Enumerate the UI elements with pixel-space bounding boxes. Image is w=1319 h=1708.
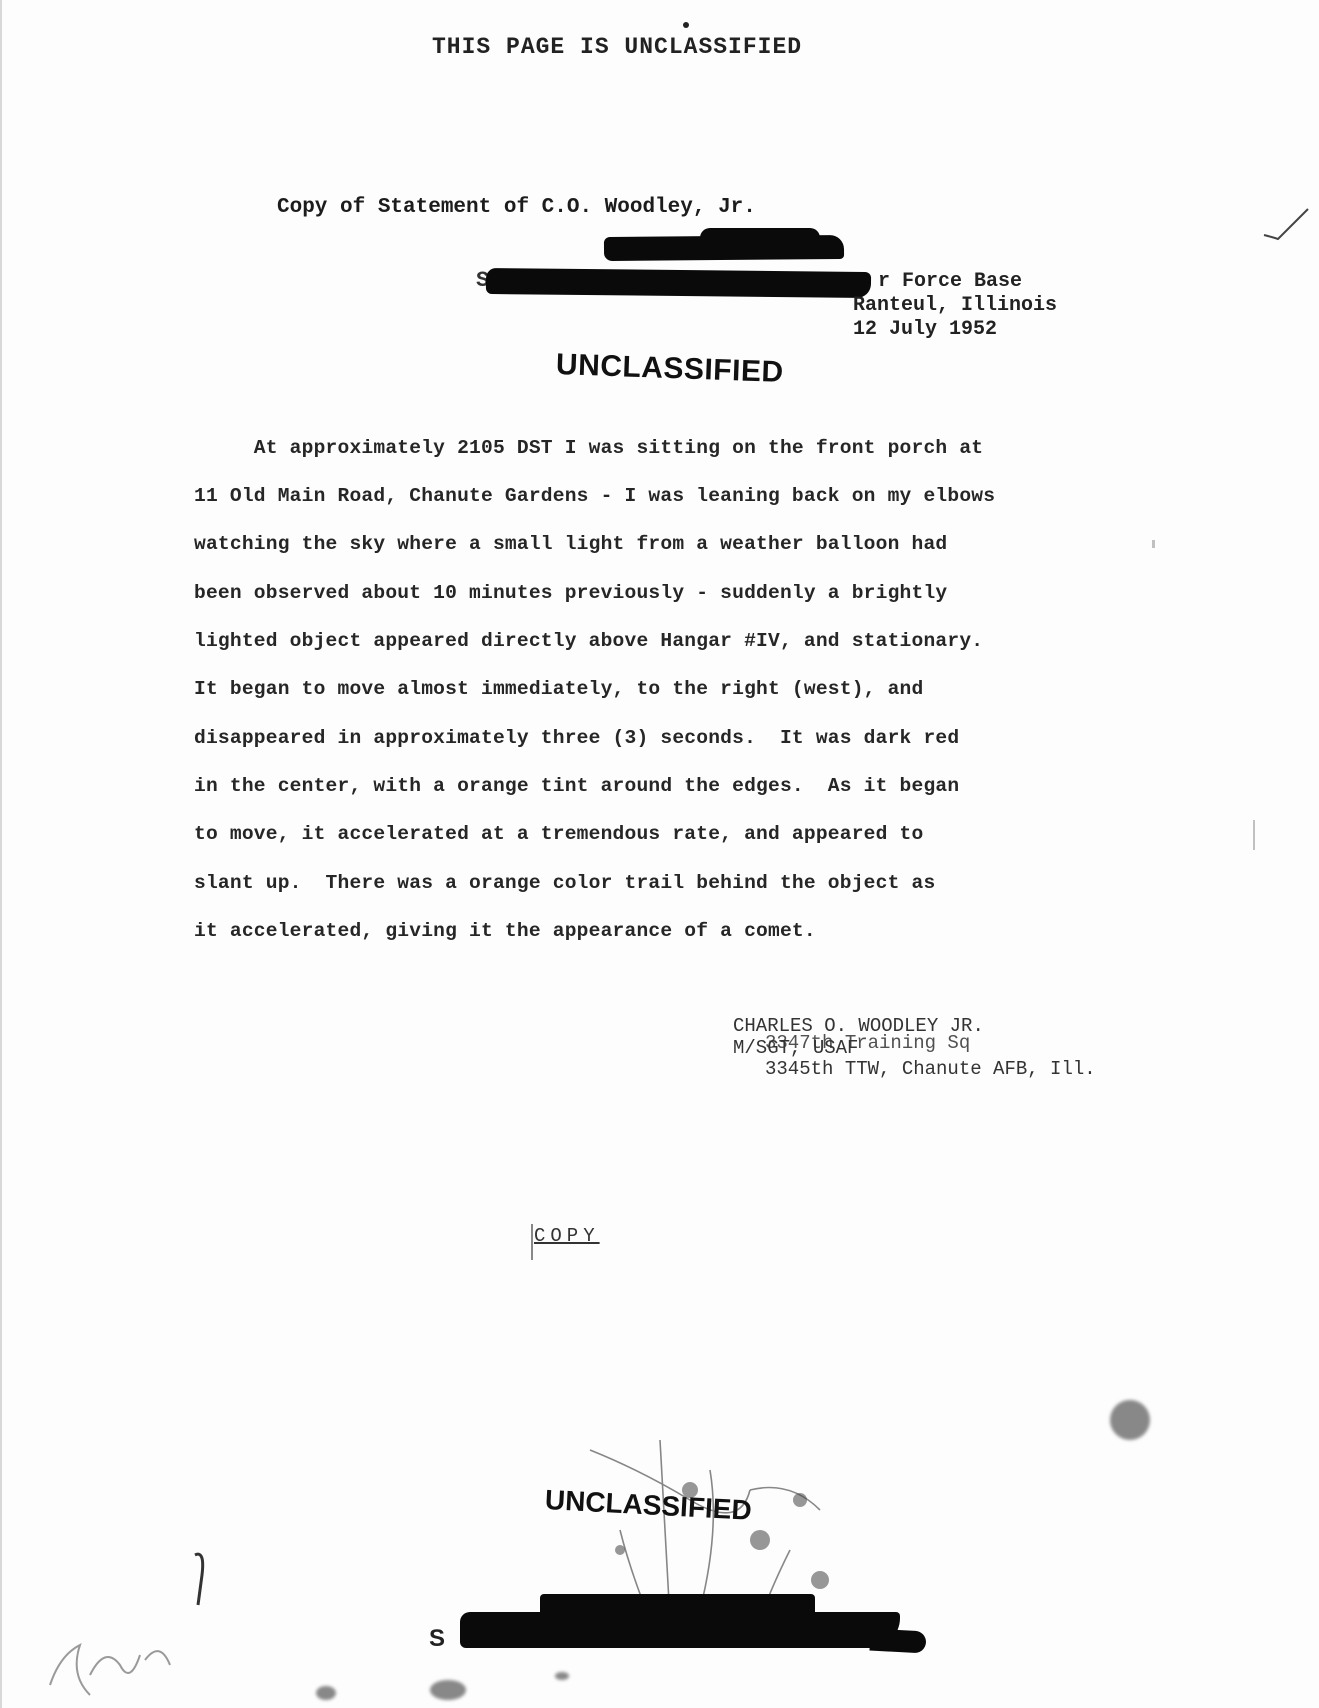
body-line: 11 Old Main Road, Chanute Gardens - I wa… bbox=[194, 485, 995, 507]
copy-label: COPY bbox=[534, 1225, 600, 1247]
body-line: lighted object appeared directly above H… bbox=[194, 630, 983, 652]
address-line-2: Ranteul, Illinois bbox=[853, 294, 1057, 317]
address-date: 12 July 1952 bbox=[853, 318, 997, 341]
margin-mark bbox=[531, 1224, 533, 1260]
ink-smudge bbox=[430, 1680, 466, 1700]
redaction-bar bbox=[604, 235, 844, 261]
speck bbox=[1152, 540, 1155, 548]
redaction-bar bbox=[486, 268, 871, 298]
ink-smudge bbox=[555, 1672, 569, 1680]
check-mark bbox=[1262, 205, 1312, 245]
handwritten-annotation bbox=[30, 1545, 220, 1705]
classification-header: THIS PAGE IS UNCLASSIFIED bbox=[432, 34, 802, 60]
address-line-1: r Force Base bbox=[878, 270, 1022, 293]
speck bbox=[1253, 820, 1255, 850]
ink-smudge bbox=[316, 1686, 336, 1700]
page-edge bbox=[0, 0, 2, 1708]
body-line: slant up. There was a orange color trail… bbox=[194, 872, 935, 894]
body-line: At approximately 2105 DST I was sitting … bbox=[194, 437, 983, 459]
body-line: been observed about 10 minutes previousl… bbox=[194, 582, 947, 604]
document-title: Copy of Statement of C.O. Woodley, Jr. bbox=[277, 196, 756, 219]
redaction-bar bbox=[869, 1629, 926, 1654]
body-line: disappeared in approximately three (3) s… bbox=[194, 727, 959, 749]
ink-dot bbox=[683, 22, 689, 28]
body-line: it accelerated, giving it the appearance… bbox=[194, 920, 816, 942]
body-line: to move, it accelerated at a tremendous … bbox=[194, 823, 923, 845]
document-page: THIS PAGE IS UNCLASSIFIED Copy of Statem… bbox=[0, 0, 1319, 1708]
body-line: watching the sky where a small light fro… bbox=[194, 533, 947, 555]
classification-stamp: UNCLASSIFIED bbox=[555, 348, 784, 390]
redacted-fragment-letter: S bbox=[429, 1625, 445, 1653]
body-line: in the center, with a orange tint around… bbox=[194, 775, 959, 797]
body-line: It began to move almost immediately, to … bbox=[194, 678, 923, 700]
ink-smudge bbox=[1110, 1400, 1150, 1440]
signature-wing: 3345th TTW, Chanute AFB, Ill. bbox=[765, 1058, 1096, 1080]
redaction-bar bbox=[460, 1612, 900, 1648]
signature-unit: 3347th Training Sq bbox=[765, 1032, 970, 1054]
